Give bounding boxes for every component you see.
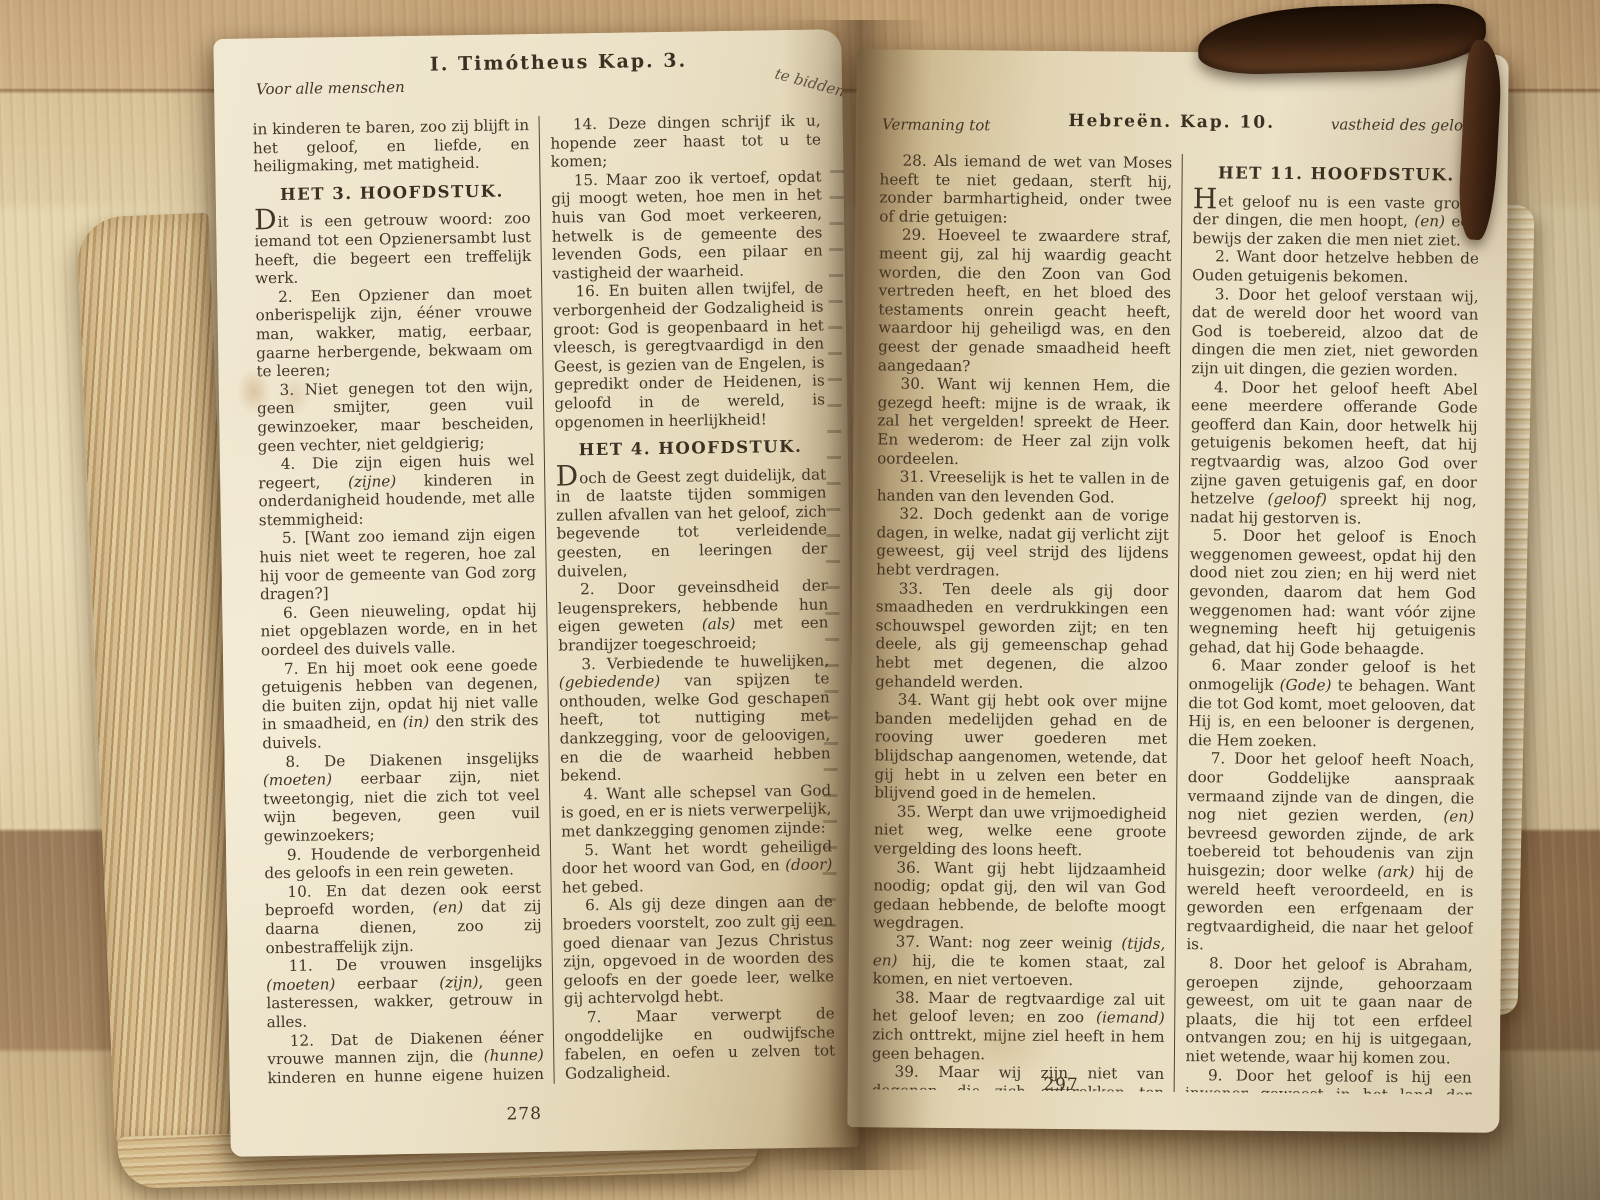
verse-paragraph: 39. Maar wij zijn niet van degenen, die …	[872, 1062, 1165, 1092]
left-page-column-2: 14. Deze dingen schrijf ik u, hopende ze…	[539, 111, 836, 1083]
verse-paragraph: 3. Door het geloof verstaan wij, dat de …	[1191, 285, 1478, 380]
verse-paragraph: 2. Want door hetzelve hebben de Ouden ge…	[1192, 247, 1479, 287]
verse-paragraph: 5. Want het wordt geheiligd door het woo…	[561, 837, 832, 897]
chapter-heading: HET 11. HOOFDSTUK.	[1193, 164, 1480, 185]
left-page: Voor alle menschen I. Timótheus Kap. 3. …	[213, 29, 858, 1157]
chapter-opening-verse: Het geloof nu is een vaste grond der din…	[1192, 191, 1479, 250]
verse-paragraph: 6. Als gij deze dingen aan de broeders v…	[562, 893, 834, 1009]
verse-paragraph: 10. En dat dezen ook eerst beproefd word…	[265, 879, 543, 958]
verse-paragraph: 9. Houdende de verborgenheid des geloofs…	[264, 842, 541, 884]
verse-paragraph: 9. Door het geloof is hij een inwoner ge…	[1185, 1066, 1472, 1095]
right-page: Vermaning tot Hebreën. Kap. 10. vastheid…	[847, 49, 1508, 1133]
verse-paragraph: 28. Als iemand de wet van Moses heeft te…	[879, 151, 1172, 228]
left-page-columns: in kinderen te baren, zoo zij blijft in …	[253, 111, 836, 1088]
verse-paragraph: 14. Deze dingen schrijf ik u, hopende ze…	[550, 111, 821, 171]
verse-paragraph: 35. Werpt dan uwe vrijmoedigheid niet we…	[874, 802, 1167, 860]
drop-capital: H	[1193, 182, 1219, 215]
verse-paragraph: 31. Vreeselijk is het te vallen in de ha…	[877, 467, 1170, 507]
continued-verse: in kinderen te baren, zoo zij blijft in …	[253, 116, 530, 176]
open-book: Voor alle menschen I. Timótheus Kap. 3. …	[0, 0, 1600, 1200]
verse-paragraph: 2. Door geveinsdheid der leugensprekers,…	[557, 577, 829, 656]
verse-paragraph: 15. Maar zoo ik vertoef, opdat gij moogt…	[551, 167, 823, 283]
verse-paragraph: 16. En buiten allen twijfel, de verborge…	[553, 279, 826, 432]
verse-paragraph: 12. Dat de Diakenen ééner vrouwe mannen …	[267, 1027, 545, 1088]
verse-paragraph: 8. Door het geloof is Abraham, geroepen …	[1185, 954, 1473, 1068]
verse-paragraph: 3. Niet genegen tot den wijn, geen smijt…	[257, 377, 535, 456]
right-page-columns: 28. Als iemand de wet van Moses heeft te…	[872, 151, 1480, 1094]
verse-paragraph: 34. Want gij hebt ook over mijne banden …	[874, 691, 1167, 805]
drop-capital: D	[555, 459, 579, 492]
left-page-running-head-left: Voor alle menschen	[256, 78, 405, 98]
chapter-heading: HET 4. HOOFDSTUK.	[555, 438, 826, 461]
verse-paragraph: 7. Door het geloof heeft Noach, door God…	[1186, 750, 1474, 957]
verse-paragraph: 29. Hoeveel te zwaardere straf, meent gi…	[878, 226, 1172, 377]
chapter-heading: HET 3. HOOFDSTUK.	[254, 182, 531, 205]
chapter-opening-verse: Dit is een getrouw woord: zoo iemand tot…	[254, 208, 532, 288]
verse-paragraph: 6. Geen nieuweling, opdat hij niet opgeb…	[260, 600, 537, 660]
left-page-title: I. Timótheus Kap. 3.	[430, 50, 688, 76]
verse-paragraph: 30. Want wij kennen Hem, die gezegd heef…	[877, 374, 1170, 470]
verse-paragraph: 8. De Diakenen insgelijks (moeten) eerba…	[262, 749, 540, 846]
verse-paragraph: 37. Want: nog zeer weinig (tijds, en) hi…	[873, 932, 1166, 990]
right-page-title: Hebreën. Kap. 10.	[1068, 111, 1275, 133]
left-page-column-1: in kinderen te baren, zoo zij blijft in …	[253, 116, 555, 1088]
verse-paragraph: 32. Doch gedenkt aan de vorige dagen, in…	[876, 505, 1169, 582]
verse-paragraph: 4. Die zijn eigen huis wel regeert, (zij…	[258, 451, 536, 530]
verse-paragraph: 33. Ten deele als gij door smaadheden en…	[875, 579, 1168, 693]
verse-paragraph: 2. Een Opziener dan moet onberispelijk z…	[255, 284, 533, 381]
verse-paragraph: 3. Verbiedende te huwelijken, (gebiedend…	[558, 651, 831, 785]
right-page-column-1: 28. Als iemand de wet van Moses heeft te…	[872, 151, 1183, 1092]
verse-paragraph: 6. Maar zonder geloof is het onmogelijk …	[1188, 657, 1475, 752]
right-page-running-head-left: Vermaning tot	[882, 115, 990, 134]
verse-paragraph: 36. Want gij hebt lijdzaamheid noodig; o…	[873, 858, 1166, 935]
right-page-number: 297	[1043, 1075, 1079, 1095]
verse-paragraph: 7. Maar verwerpt de ongoddelijke en oudw…	[564, 1004, 836, 1083]
verse-paragraph: 38. Maar de regtvaardige zal uit het gel…	[872, 988, 1165, 1065]
drop-capital: D	[254, 203, 278, 236]
right-page-column-2: HET 11. HOOFDSTUK.Het geloof nu is een v…	[1174, 154, 1480, 1095]
left-page-number: 278	[506, 1104, 542, 1125]
verse-paragraph: 4. Want alle schepsel van God is goed, e…	[560, 781, 831, 841]
left-page-running-head-right: te bidden	[773, 65, 847, 101]
verse-paragraph: 7. En hij moet ook eene goede getuigenis…	[261, 656, 539, 753]
chapter-opening-verse: Doch de Geest zegt duidelijk, dat in de …	[555, 464, 827, 581]
verse-paragraph: 5. [Want zoo iemand zijn eigen huis niet…	[259, 525, 537, 604]
verse-paragraph: 11. De vrouwen insgelijks (moeten) eerba…	[266, 953, 544, 1032]
verse-paragraph: 4. Door het geloof heeft Abel eene meerd…	[1190, 378, 1478, 529]
verse-paragraph: 5. Door het geloof is Enoch weggenomen g…	[1189, 526, 1477, 659]
